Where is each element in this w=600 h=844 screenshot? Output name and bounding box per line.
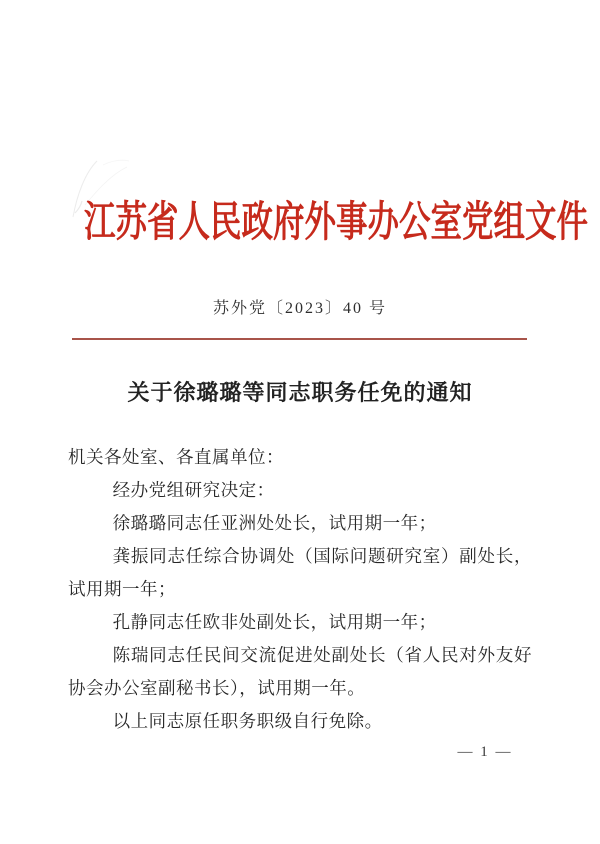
letterhead-org-title-text: 江苏省人民政府外事办公室党组文件: [84, 198, 588, 248]
scanned-document-page: 江苏省人民政府外事办公室党组文件 苏外党〔2023〕40 号 关于徐璐璐等同志职…: [0, 0, 600, 844]
body-paragraph: 徐璐璐同志任亚洲处处长，试用期一年；: [68, 507, 532, 540]
body-paragraph: 以上同志原任职务职级自行免除。: [68, 705, 532, 738]
notice-body: 机关各处室、各直属单位： 经办党组研究决定： 徐璐璐同志任亚洲处处长，试用期一年…: [68, 441, 532, 738]
body-paragraph: 孔静同志任欧非处副处长，试用期一年；: [68, 606, 532, 639]
document-number: 苏外党〔2023〕40 号: [0, 295, 600, 318]
body-paragraph: 龚振同志任综合协调处（国际问题研究室）副处长，试用期一年；: [68, 540, 532, 606]
body-paragraph: 陈瑞同志任民间交流促进处副处长（省人民对外友好协会办公室副秘书长），试用期一年。: [68, 639, 532, 705]
letterhead-divider-line: [72, 338, 527, 340]
letterhead-org-title: 江苏省人民政府外事办公室党组文件: [0, 198, 600, 248]
salutation-line: 机关各处室、各直属单位：: [68, 441, 532, 474]
body-paragraph: 经办党组研究决定：: [68, 474, 532, 507]
page-number: — 1 —: [440, 744, 530, 761]
notice-title: 关于徐璐璐等同志职务任免的通知: [0, 376, 600, 407]
